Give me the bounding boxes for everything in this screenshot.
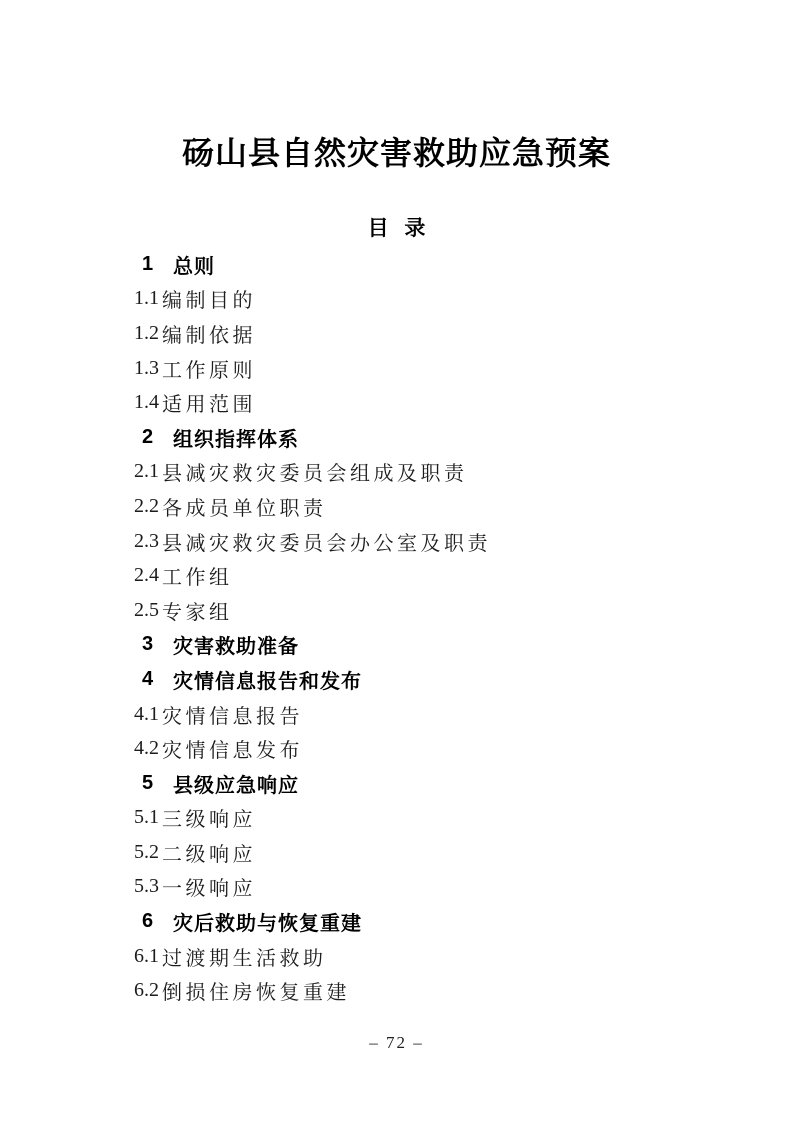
document-title: 砀山县自然灾害救助应急预案	[0, 128, 793, 174]
toc-entry-label: 灾情信息报告	[162, 700, 303, 729]
toc-entry-label: 一级响应	[162, 872, 256, 901]
toc-row-sub: 2.3 县减灾救灾委员会办公室及职责	[0, 524, 793, 559]
toc-entry-label: 灾情信息报告和发布	[173, 665, 362, 694]
toc-entry-number: 1.2	[134, 322, 162, 345]
toc-entry-number: 2	[142, 426, 173, 449]
toc-list: 1 总则 1.1 编制目的 1.2 编制依据 1.3 工作原则 1.4 适用范围…	[0, 247, 793, 1008]
toc-entry-number: 1	[142, 253, 173, 276]
toc-entry-number: 4.1	[134, 703, 162, 726]
toc-row-sub: 5.1 三级响应	[0, 801, 793, 836]
toc-entry-number: 2.2	[134, 495, 162, 518]
toc-heading: 目 录	[0, 212, 793, 242]
toc-entry-label: 倒损住房恢复重建	[162, 976, 350, 1005]
toc-row-sub: 2.5 专家组	[0, 593, 793, 628]
toc-row-section: 5 县级应急响应	[0, 766, 793, 801]
toc-entry-number: 2.4	[134, 564, 162, 587]
toc-entry-number: 5.2	[134, 841, 162, 864]
page-number: – 72 –	[0, 1033, 793, 1053]
toc-entry-number: 2.1	[134, 460, 162, 483]
toc-row-sub: 1.2 编制依据	[0, 316, 793, 351]
toc-row-section: 1 总则	[0, 247, 793, 282]
toc-row-sub: 4.2 灾情信息发布	[0, 731, 793, 766]
toc-entry-number: 6.1	[134, 945, 162, 968]
toc-entry-label: 县级应急响应	[173, 769, 299, 798]
toc-entry-number: 5.3	[134, 875, 162, 898]
toc-row-sub: 2.1 县减灾救灾委员会组成及职责	[0, 455, 793, 490]
toc-entry-label: 编制目的	[162, 284, 256, 313]
toc-row-sub: 2.4 工作组	[0, 558, 793, 593]
toc-row-section: 3 灾害救助准备	[0, 628, 793, 663]
toc-row-sub: 2.2 各成员单位职责	[0, 489, 793, 524]
toc-entry-label: 过渡期生活救助	[162, 942, 327, 971]
toc-entry-label: 工作原则	[162, 354, 256, 383]
toc-entry-number: 1.4	[134, 391, 162, 414]
toc-entry-number: 5.1	[134, 806, 162, 829]
toc-row-sub: 1.1 编制目的	[0, 282, 793, 317]
toc-entry-label: 专家组	[162, 596, 233, 625]
toc-entry-label: 县减灾救灾委员会组成及职责	[162, 457, 468, 486]
toc-row-sub: 6.1 过渡期生活救助	[0, 939, 793, 974]
toc-entry-label: 各成员单位职责	[162, 492, 327, 521]
toc-row-section: 6 灾后救助与恢复重建	[0, 904, 793, 939]
toc-entry-number: 5	[142, 772, 173, 795]
toc-entry-number: 2.3	[134, 530, 162, 553]
toc-row-section: 2 组织指挥体系	[0, 420, 793, 455]
toc-entry-label: 县减灾救灾委员会办公室及职责	[162, 527, 491, 556]
toc-entry-number: 6	[142, 910, 173, 933]
toc-row-sub: 1.3 工作原则	[0, 351, 793, 386]
toc-entry-label: 适用范围	[162, 388, 256, 417]
toc-entry-label: 工作组	[162, 561, 233, 590]
toc-row-section: 4 灾情信息报告和发布	[0, 662, 793, 697]
toc-entry-number: 1.3	[134, 357, 162, 380]
toc-entry-number: 3	[142, 633, 173, 656]
toc-row-sub: 4.1 灾情信息报告	[0, 697, 793, 732]
toc-entry-number: 1.1	[134, 287, 162, 310]
toc-entry-number: 2.5	[134, 599, 162, 622]
toc-entry-label: 总则	[173, 250, 215, 279]
toc-entry-label: 灾情信息发布	[162, 734, 303, 763]
toc-entry-label: 灾后救助与恢复重建	[173, 907, 362, 936]
toc-row-sub: 5.3 一级响应	[0, 870, 793, 905]
toc-row-sub: 1.4 适用范围	[0, 385, 793, 420]
document-page: 砀山县自然灾害救助应急预案 目 录 1 总则 1.1 编制目的 1.2 编制依据…	[0, 0, 793, 1122]
toc-entry-label: 灾害救助准备	[173, 630, 299, 659]
toc-entry-number: 6.2	[134, 979, 162, 1002]
toc-entry-number: 4	[142, 668, 173, 691]
toc-entry-number: 4.2	[134, 737, 162, 760]
toc-entry-label: 组织指挥体系	[173, 423, 299, 452]
toc-row-sub: 5.2 二级响应	[0, 835, 793, 870]
toc-entry-label: 二级响应	[162, 838, 256, 867]
toc-entry-label: 编制依据	[162, 319, 256, 348]
toc-row-sub: 6.2 倒损住房恢复重建	[0, 973, 793, 1008]
toc-entry-label: 三级响应	[162, 803, 256, 832]
